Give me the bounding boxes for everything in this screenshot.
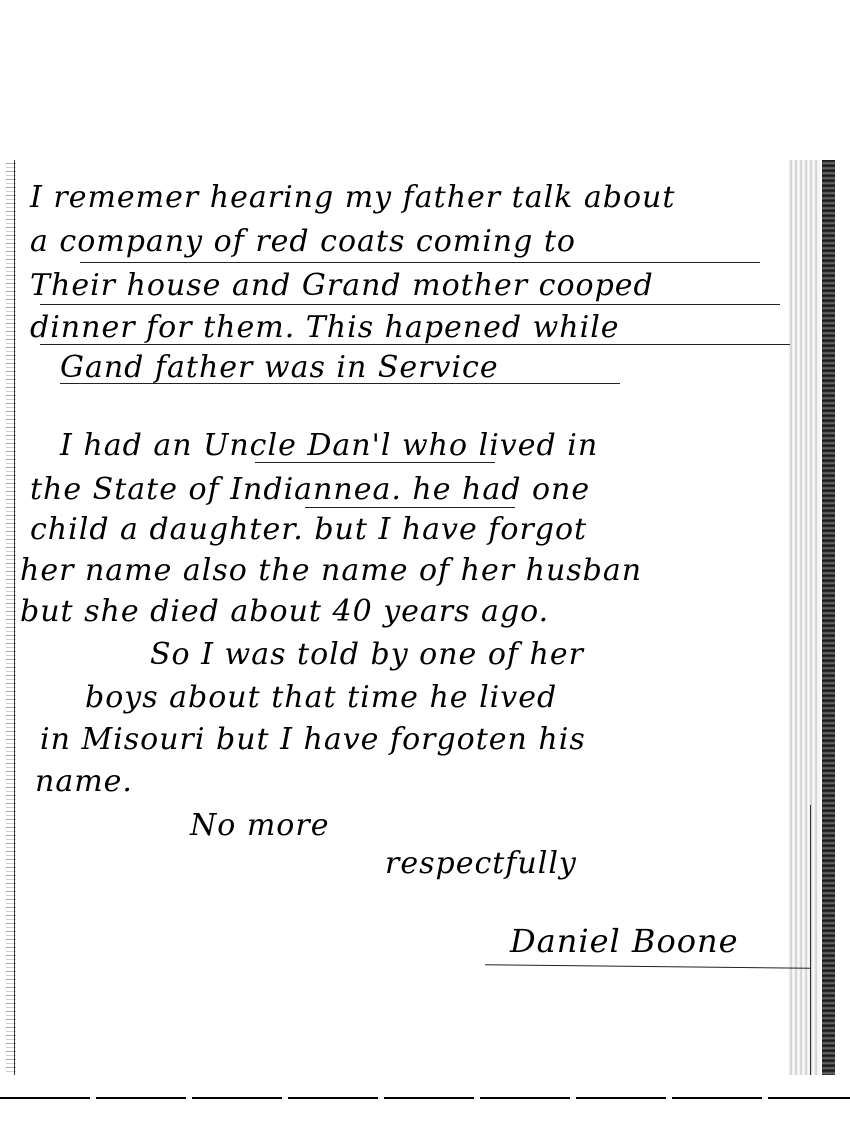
letter-line: the State of Indiannea. he had one [30,472,590,507]
underline-rule [40,304,780,305]
page-border-right [810,805,811,1075]
closing-no-more: No more [190,808,329,843]
letter-line: a company of red coats coming to [30,224,576,259]
underline-rule [60,383,620,384]
closing-respectfully: respectfully [385,846,577,881]
letter-line: boys about that time he lived [85,680,557,715]
signature: Daniel Boone [510,922,739,960]
letter-line: dinner for them. This hapened while [30,310,620,345]
letter-line: I had an Uncle Dan'l who lived in [60,428,598,463]
letter-line: child a daughter. but I have forgot [30,512,587,547]
letter-line: her name also the name of her husban [20,553,642,588]
scan-edge-right-bar [822,160,835,1075]
letter-line: name. [35,764,133,799]
scanned-letter-page: I rememer hearing my father talk about a… [0,0,850,1125]
letter-line: in Misouri but I have forgoten his [40,722,586,757]
letter-line: I rememer hearing my father talk about [30,180,675,215]
letter-line: So I was told by one of her [150,637,584,672]
page-border-left [14,160,15,1075]
letter-line: Their house and Grand mother cooped [30,268,654,303]
page-bottom-rule [0,1097,850,1099]
letter-line: Gand father was in Service [60,350,499,385]
underline-rule [305,507,515,508]
scan-edge-right-mottle [788,160,820,1075]
signature-line [485,964,810,968]
underline-rule [40,344,790,345]
underline-rule [255,462,495,463]
underline-rule [80,262,760,263]
letter-line: but she died about 40 years ago. [20,594,549,629]
